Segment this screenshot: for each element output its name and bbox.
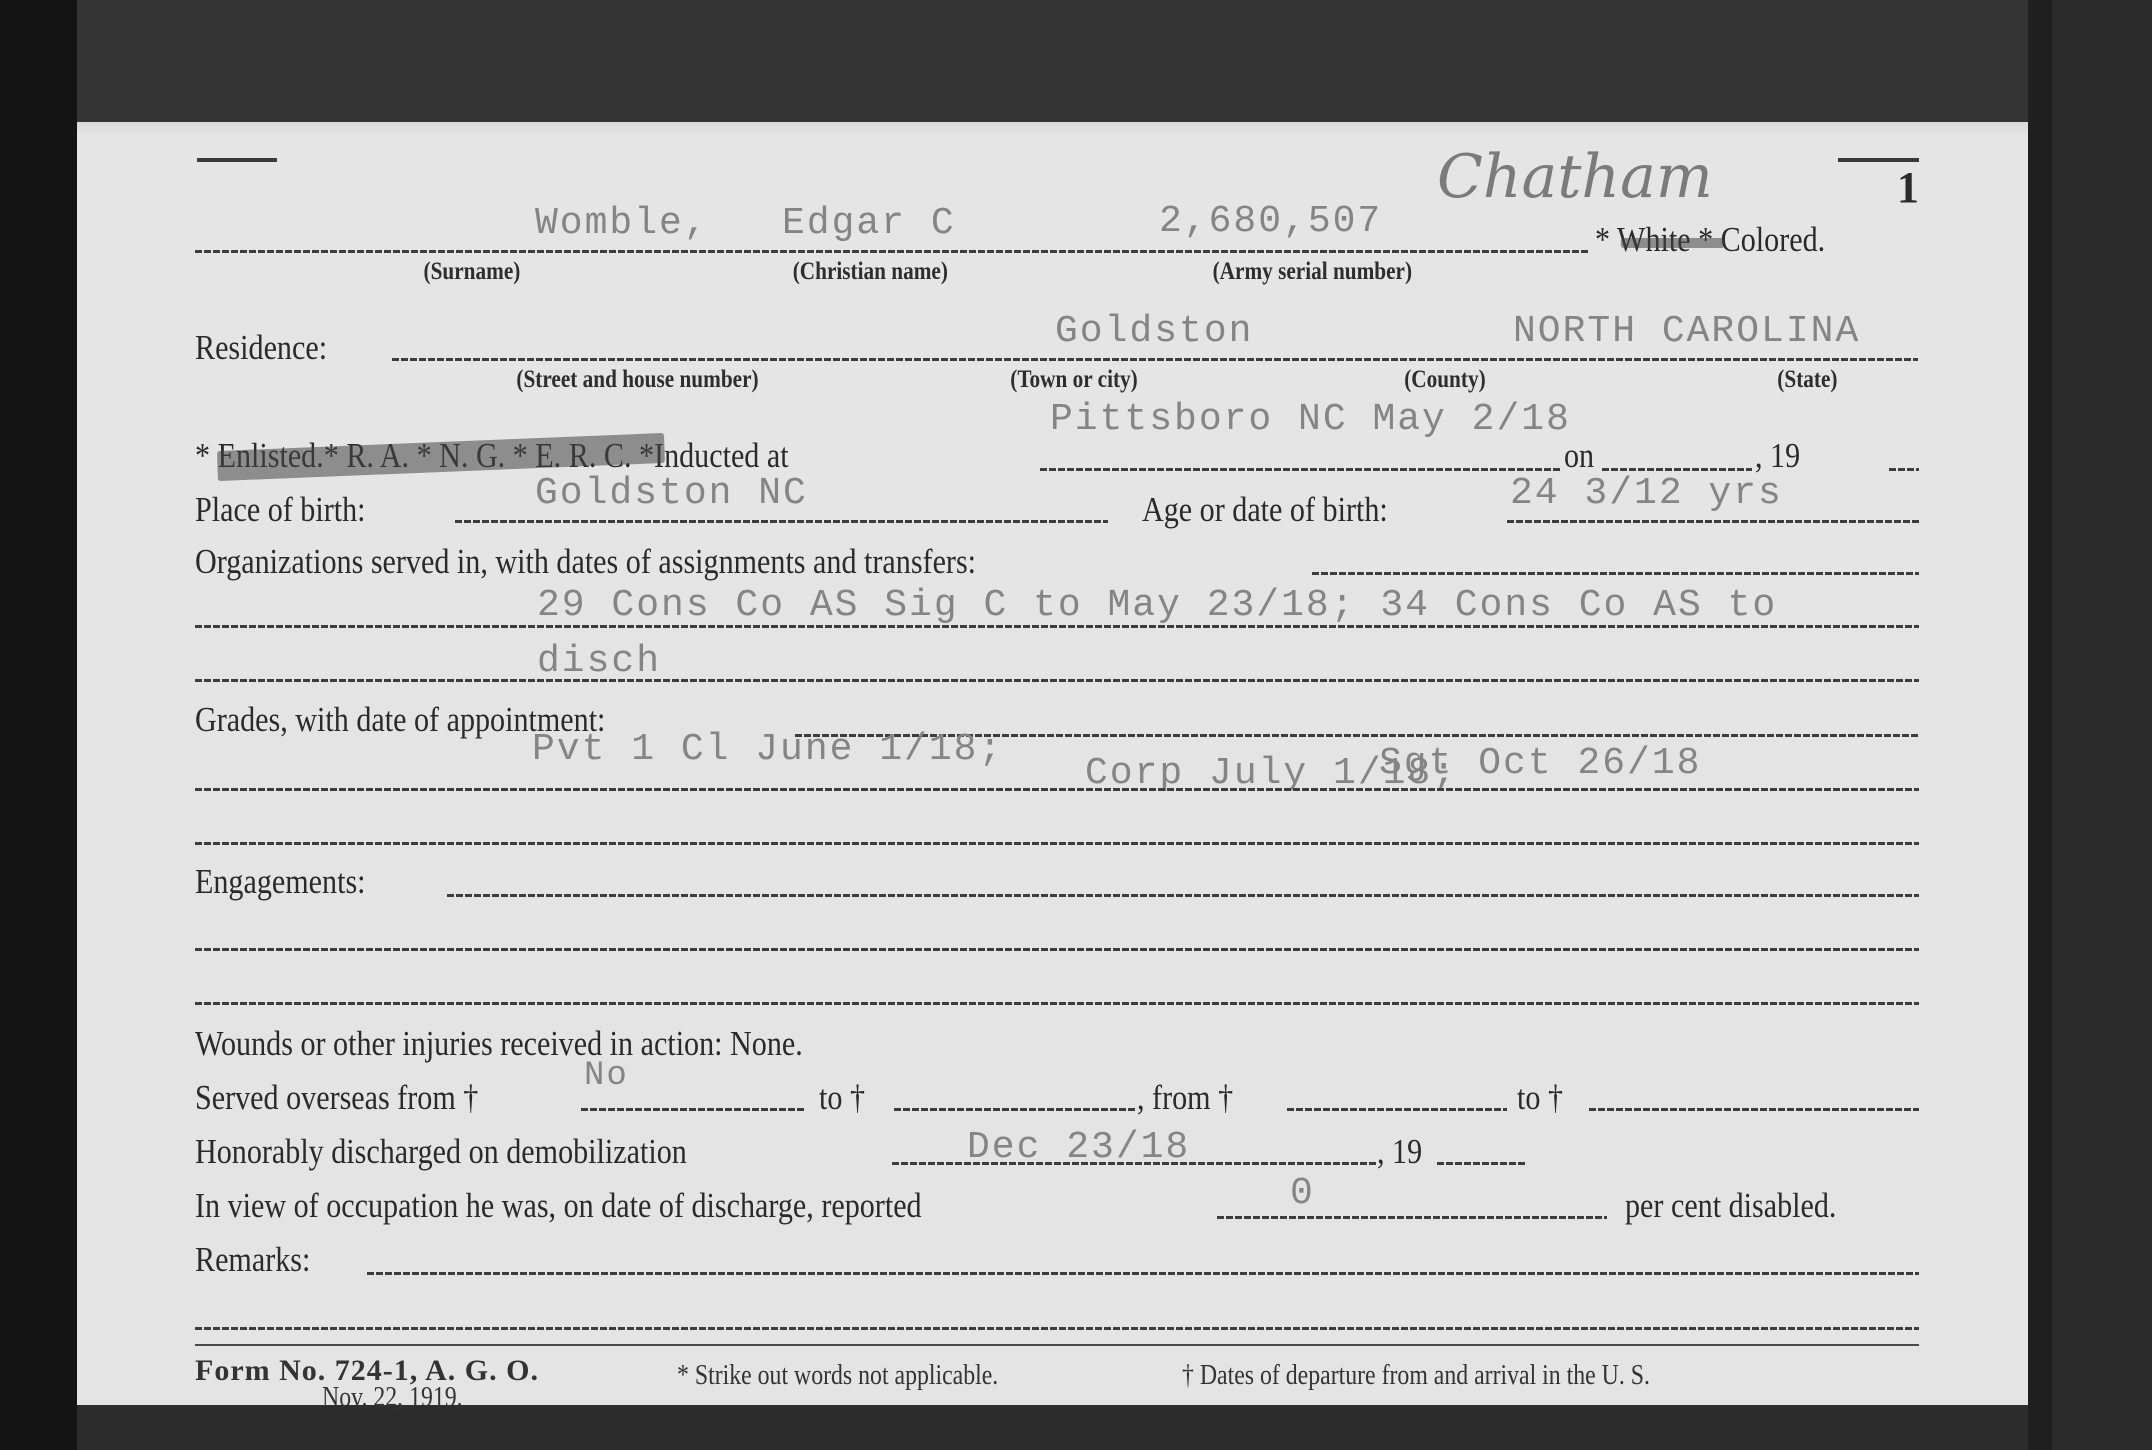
inducted-date-line — [1602, 468, 1752, 471]
engagements-line-2 — [195, 1002, 1919, 1005]
county-handwritten: Chatham — [1437, 142, 1713, 212]
footer-rule — [195, 1344, 1919, 1346]
discharge-year-line — [1437, 1162, 1525, 1165]
engagements-line-1 — [195, 948, 1919, 951]
grades-line-2 — [195, 842, 1919, 845]
serial-number-label: (Army serial number) — [1213, 258, 1412, 286]
on-label: on — [1564, 436, 1594, 476]
overseas-to-line — [894, 1108, 1136, 1111]
organizations-label: Organizations served in, with dates of a… — [195, 542, 976, 582]
remarks-line-1 — [195, 1327, 1919, 1330]
residence-town-value: Goldston — [1055, 310, 1253, 353]
grade-entry-1: Pvt 1 Cl June 1/18; — [532, 728, 1003, 771]
scan-border-top — [77, 0, 2028, 122]
wounds-row: Wounds or other injuries received in act… — [195, 1024, 803, 1064]
disability-label: In view of occupation he was, on date of… — [195, 1186, 922, 1226]
serial-number-value: 2,680,507 — [1159, 200, 1382, 243]
age-label: Age or date of birth: — [1142, 490, 1388, 530]
inducted-year-suffix: , 19 — [1755, 436, 1800, 476]
name-line — [195, 250, 1590, 253]
scan-border-right-edge — [2028, 0, 2052, 1450]
organizations-line-1 — [195, 625, 1919, 628]
overseas-to-label: to † — [819, 1078, 865, 1118]
state-label: (State) — [1777, 366, 1837, 394]
disability-line — [1217, 1216, 1607, 1219]
discharge-date-line — [892, 1162, 1377, 1165]
discharge-year-suffix: , 19 — [1377, 1132, 1422, 1172]
place-of-birth-line — [455, 520, 1108, 523]
christian-name-label: (Christian name) — [793, 258, 948, 286]
inducted-year-line — [1889, 468, 1919, 471]
wounds-value: None. — [730, 1024, 803, 1063]
wounds-label: Wounds or other injuries received in act… — [195, 1024, 723, 1063]
engagements-label: Engagements: — [195, 862, 366, 902]
engagements-line-0 — [447, 894, 1919, 897]
remarks-label: Remarks: — [195, 1240, 310, 1280]
disability-value: 0 — [1290, 1172, 1315, 1215]
overseas-from2-label: , from † — [1137, 1078, 1233, 1118]
overseas-to2-label: to † — [1517, 1078, 1563, 1118]
overseas-label: Served overseas from † — [195, 1078, 478, 1118]
enlistment-row: * Enlisted.* R. A. * N. G. * E. R. C. *I… — [195, 436, 789, 476]
scan-border-left — [0, 0, 77, 1450]
residence-line — [392, 358, 1918, 361]
card-number: 1 — [1897, 162, 1919, 213]
county-label: (County) — [1404, 366, 1485, 394]
organization-entry-2: disch — [537, 640, 661, 683]
place-of-birth-value: Goldston NC — [535, 472, 808, 515]
residence-label: Residence: — [195, 328, 327, 368]
race-white: * White — [1595, 220, 1691, 259]
race-options: * White * Colored. — [1595, 220, 1825, 260]
enlistment-options: * Enlisted.* R. A. * N. G. * E. R. C. — [195, 436, 631, 475]
overseas-from2-line — [1287, 1108, 1507, 1111]
age-line — [1507, 520, 1919, 523]
residence-state-value: NORTH CAROLINA — [1513, 310, 1860, 353]
surname-label: (Surname) — [424, 258, 521, 286]
overseas-from-line — [581, 1108, 806, 1111]
town-label: (Town or city) — [1010, 366, 1138, 394]
inducted-at-value: Pittsboro NC May 2/18 — [1050, 398, 1571, 441]
organizations-line-0 — [1312, 572, 1919, 575]
grades-line-1 — [195, 788, 1919, 791]
disability-suffix: per cent disabled. — [1625, 1186, 1836, 1226]
surname-value: Womble, — [535, 202, 709, 245]
service-record-card: Chatham 1 Womble, Edgar C 2,680,507 * Wh… — [77, 122, 2028, 1405]
age-value: 24 3/12 yrs — [1510, 472, 1783, 515]
top-left-dash — [197, 158, 277, 162]
note-strike-out: * Strike out words not applicable. — [677, 1360, 998, 1392]
race-strike-mark — [1621, 238, 1724, 248]
street-label: (Street and house number) — [516, 366, 758, 394]
overseas-to2-line — [1589, 1108, 1919, 1111]
christian-name-value: Edgar C — [782, 202, 956, 245]
discharge-label: Honorably discharged on demobilization — [195, 1132, 687, 1172]
organizations-line-2 — [195, 679, 1919, 682]
organization-entry-1: 29 Cons Co AS Sig C to May 23/18; 34 Con… — [537, 584, 1777, 627]
grade-entry-3: Sgt Oct 26/18 — [1379, 742, 1701, 785]
overseas-from-value: No — [584, 1057, 629, 1095]
inducted-at-line — [1040, 468, 1560, 471]
place-of-birth-label: Place of birth: — [195, 490, 366, 530]
remarks-line-0 — [367, 1272, 1919, 1275]
form-date: Nov. 22, 1919. — [322, 1382, 463, 1414]
note-dates: † Dates of departure from and arrival in… — [1182, 1360, 1650, 1392]
